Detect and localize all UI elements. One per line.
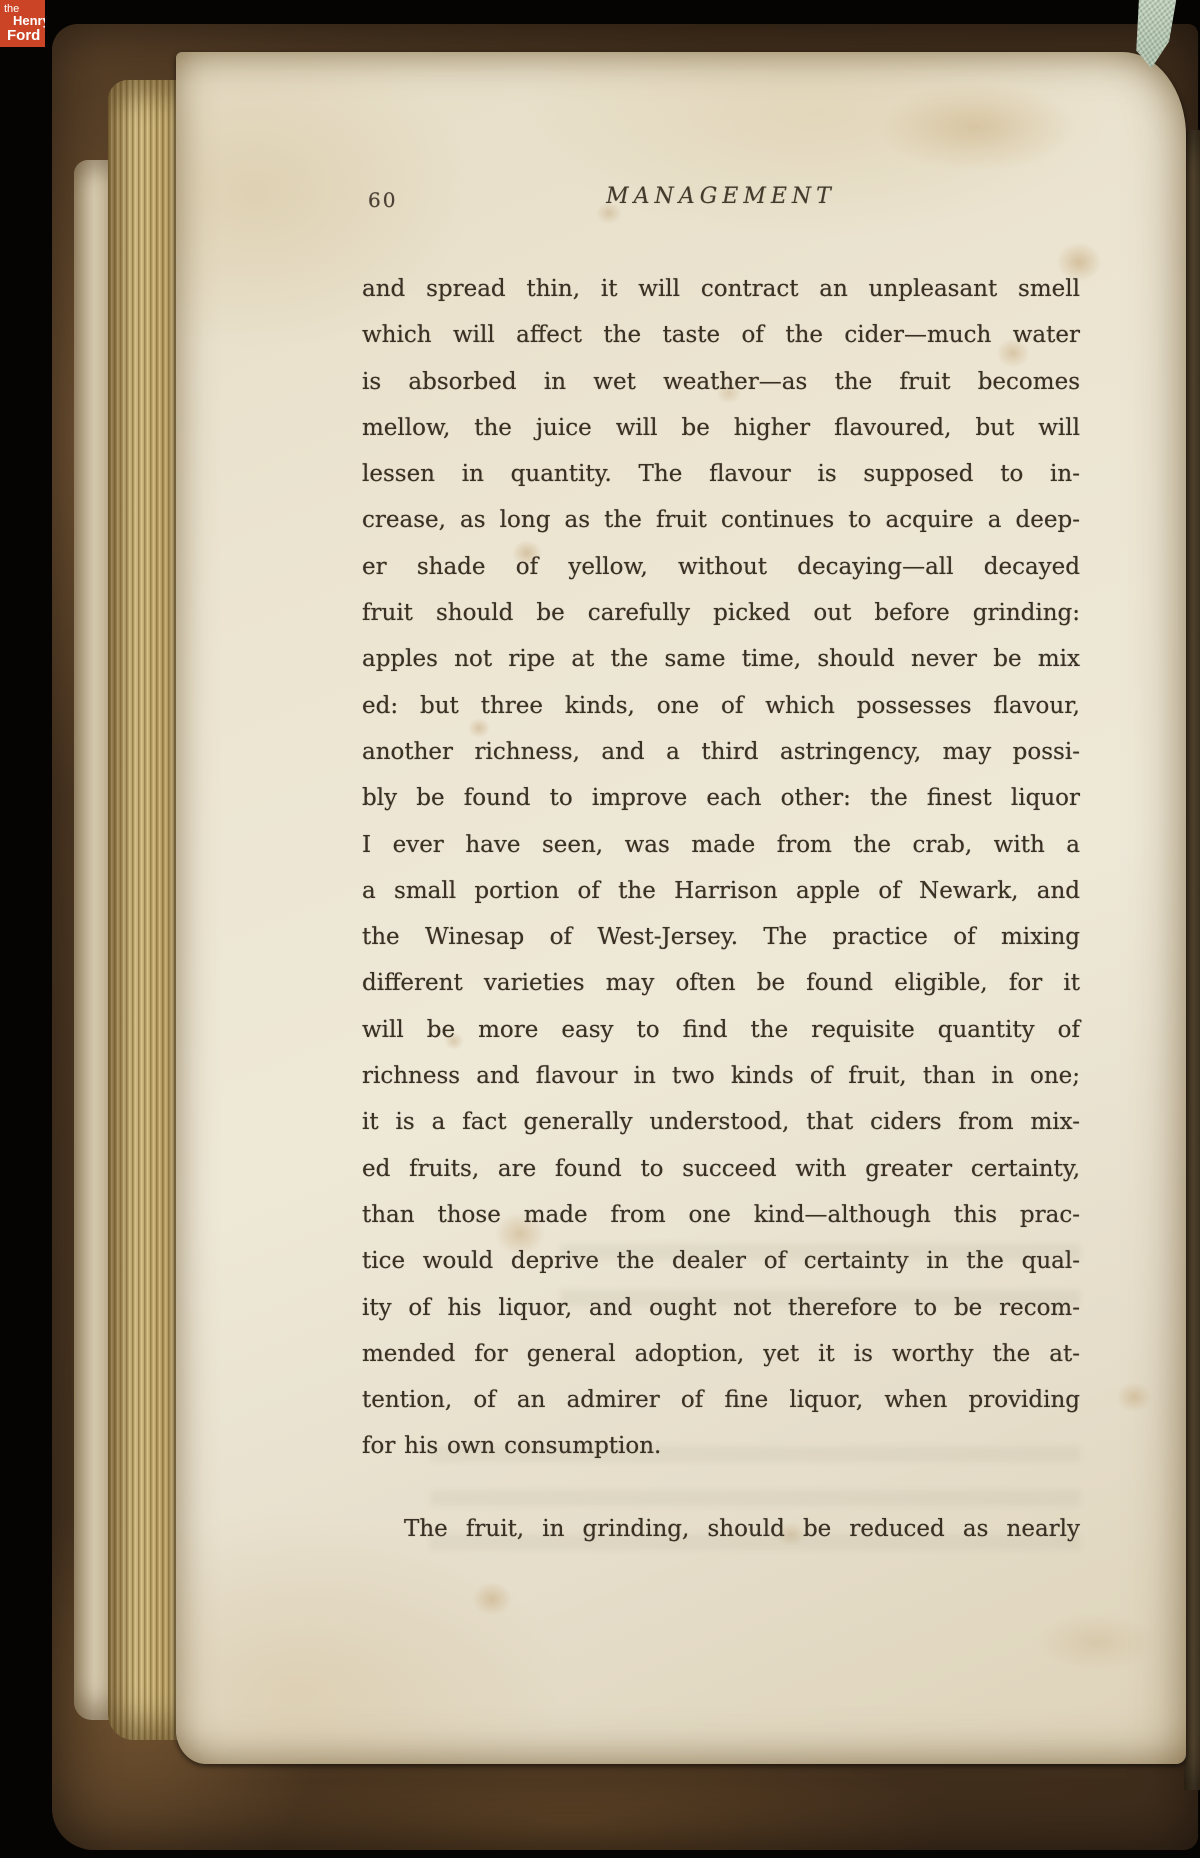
body-line: bly be found to improve each other: the … xyxy=(362,775,1080,821)
closing-paragraph-line: The fruit, in grinding, should be reduce… xyxy=(362,1506,1080,1552)
foxing-stain xyxy=(1036,1612,1156,1672)
body-line: mellow, the juice will be higher flavour… xyxy=(362,405,1080,451)
body-line: and spread thin, it will contract an unp… xyxy=(362,266,1080,312)
spine-edge xyxy=(1184,130,1200,1790)
body-line: I ever have seen, was made from the crab… xyxy=(362,822,1080,868)
body-line: lessen in quantity. The flavour is suppo… xyxy=(362,451,1080,497)
logo-word-henry: Henry xyxy=(13,13,45,28)
body-line: ity of his liquor, and ought not therefo… xyxy=(362,1285,1080,1331)
running-header: MANAGEMENT xyxy=(362,184,1080,209)
body-line: richness and flavour in two kinds of fru… xyxy=(362,1053,1080,1099)
body-line: than those made from one kind—although t… xyxy=(362,1192,1080,1238)
scanned-book-photo: 60 MANAGEMENT and spread thin, it will c… xyxy=(0,0,1200,1858)
body-line: which will affect the taste of the cider… xyxy=(362,312,1080,358)
body-line: ed fruits, are found to succeed with gre… xyxy=(362,1146,1080,1192)
body-line: is absorbed in wet weather—as the fruit … xyxy=(362,359,1080,405)
body-line: will be more easy to find the requisite … xyxy=(362,1007,1080,1053)
body-line: mended for general adoption, yet it is w… xyxy=(362,1331,1080,1377)
body-line: for his own consumption. xyxy=(362,1423,1080,1469)
foxing-stain xyxy=(472,1582,512,1616)
body-line: it is a fact generally understood, that … xyxy=(362,1099,1080,1145)
body-line: er shade of yellow, without decaying—all… xyxy=(362,544,1080,590)
body-line: apples not ripe at the same time, should… xyxy=(362,636,1080,682)
foxing-stain xyxy=(1116,1382,1152,1412)
henry-ford-logo: the Henry Ford xyxy=(0,0,45,47)
body-line: the Winesap of West-Jersey. The practice… xyxy=(362,914,1080,960)
logo-word-ford: Ford xyxy=(7,27,40,44)
page-block-fore-edge xyxy=(108,80,186,1740)
foxing-stain xyxy=(876,82,1076,172)
body-line: fruit should be carefully picked out bef… xyxy=(362,590,1080,636)
body-line: tice would deprive the dealer of certain… xyxy=(362,1238,1080,1284)
body-line: tention, of an admirer of fine liquor, w… xyxy=(362,1377,1080,1423)
body-line: another richness, and a third astringenc… xyxy=(362,729,1080,775)
body-line: a small portion of the Harrison apple of… xyxy=(362,868,1080,914)
body-line: crease, as long as the fruit continues t… xyxy=(362,497,1080,543)
body-line: different varieties may often be found e… xyxy=(362,960,1080,1006)
body-text-block: and spread thin, it will contract an unp… xyxy=(362,266,1080,1470)
body-line: ed: but three kinds, one of which posses… xyxy=(362,683,1080,729)
